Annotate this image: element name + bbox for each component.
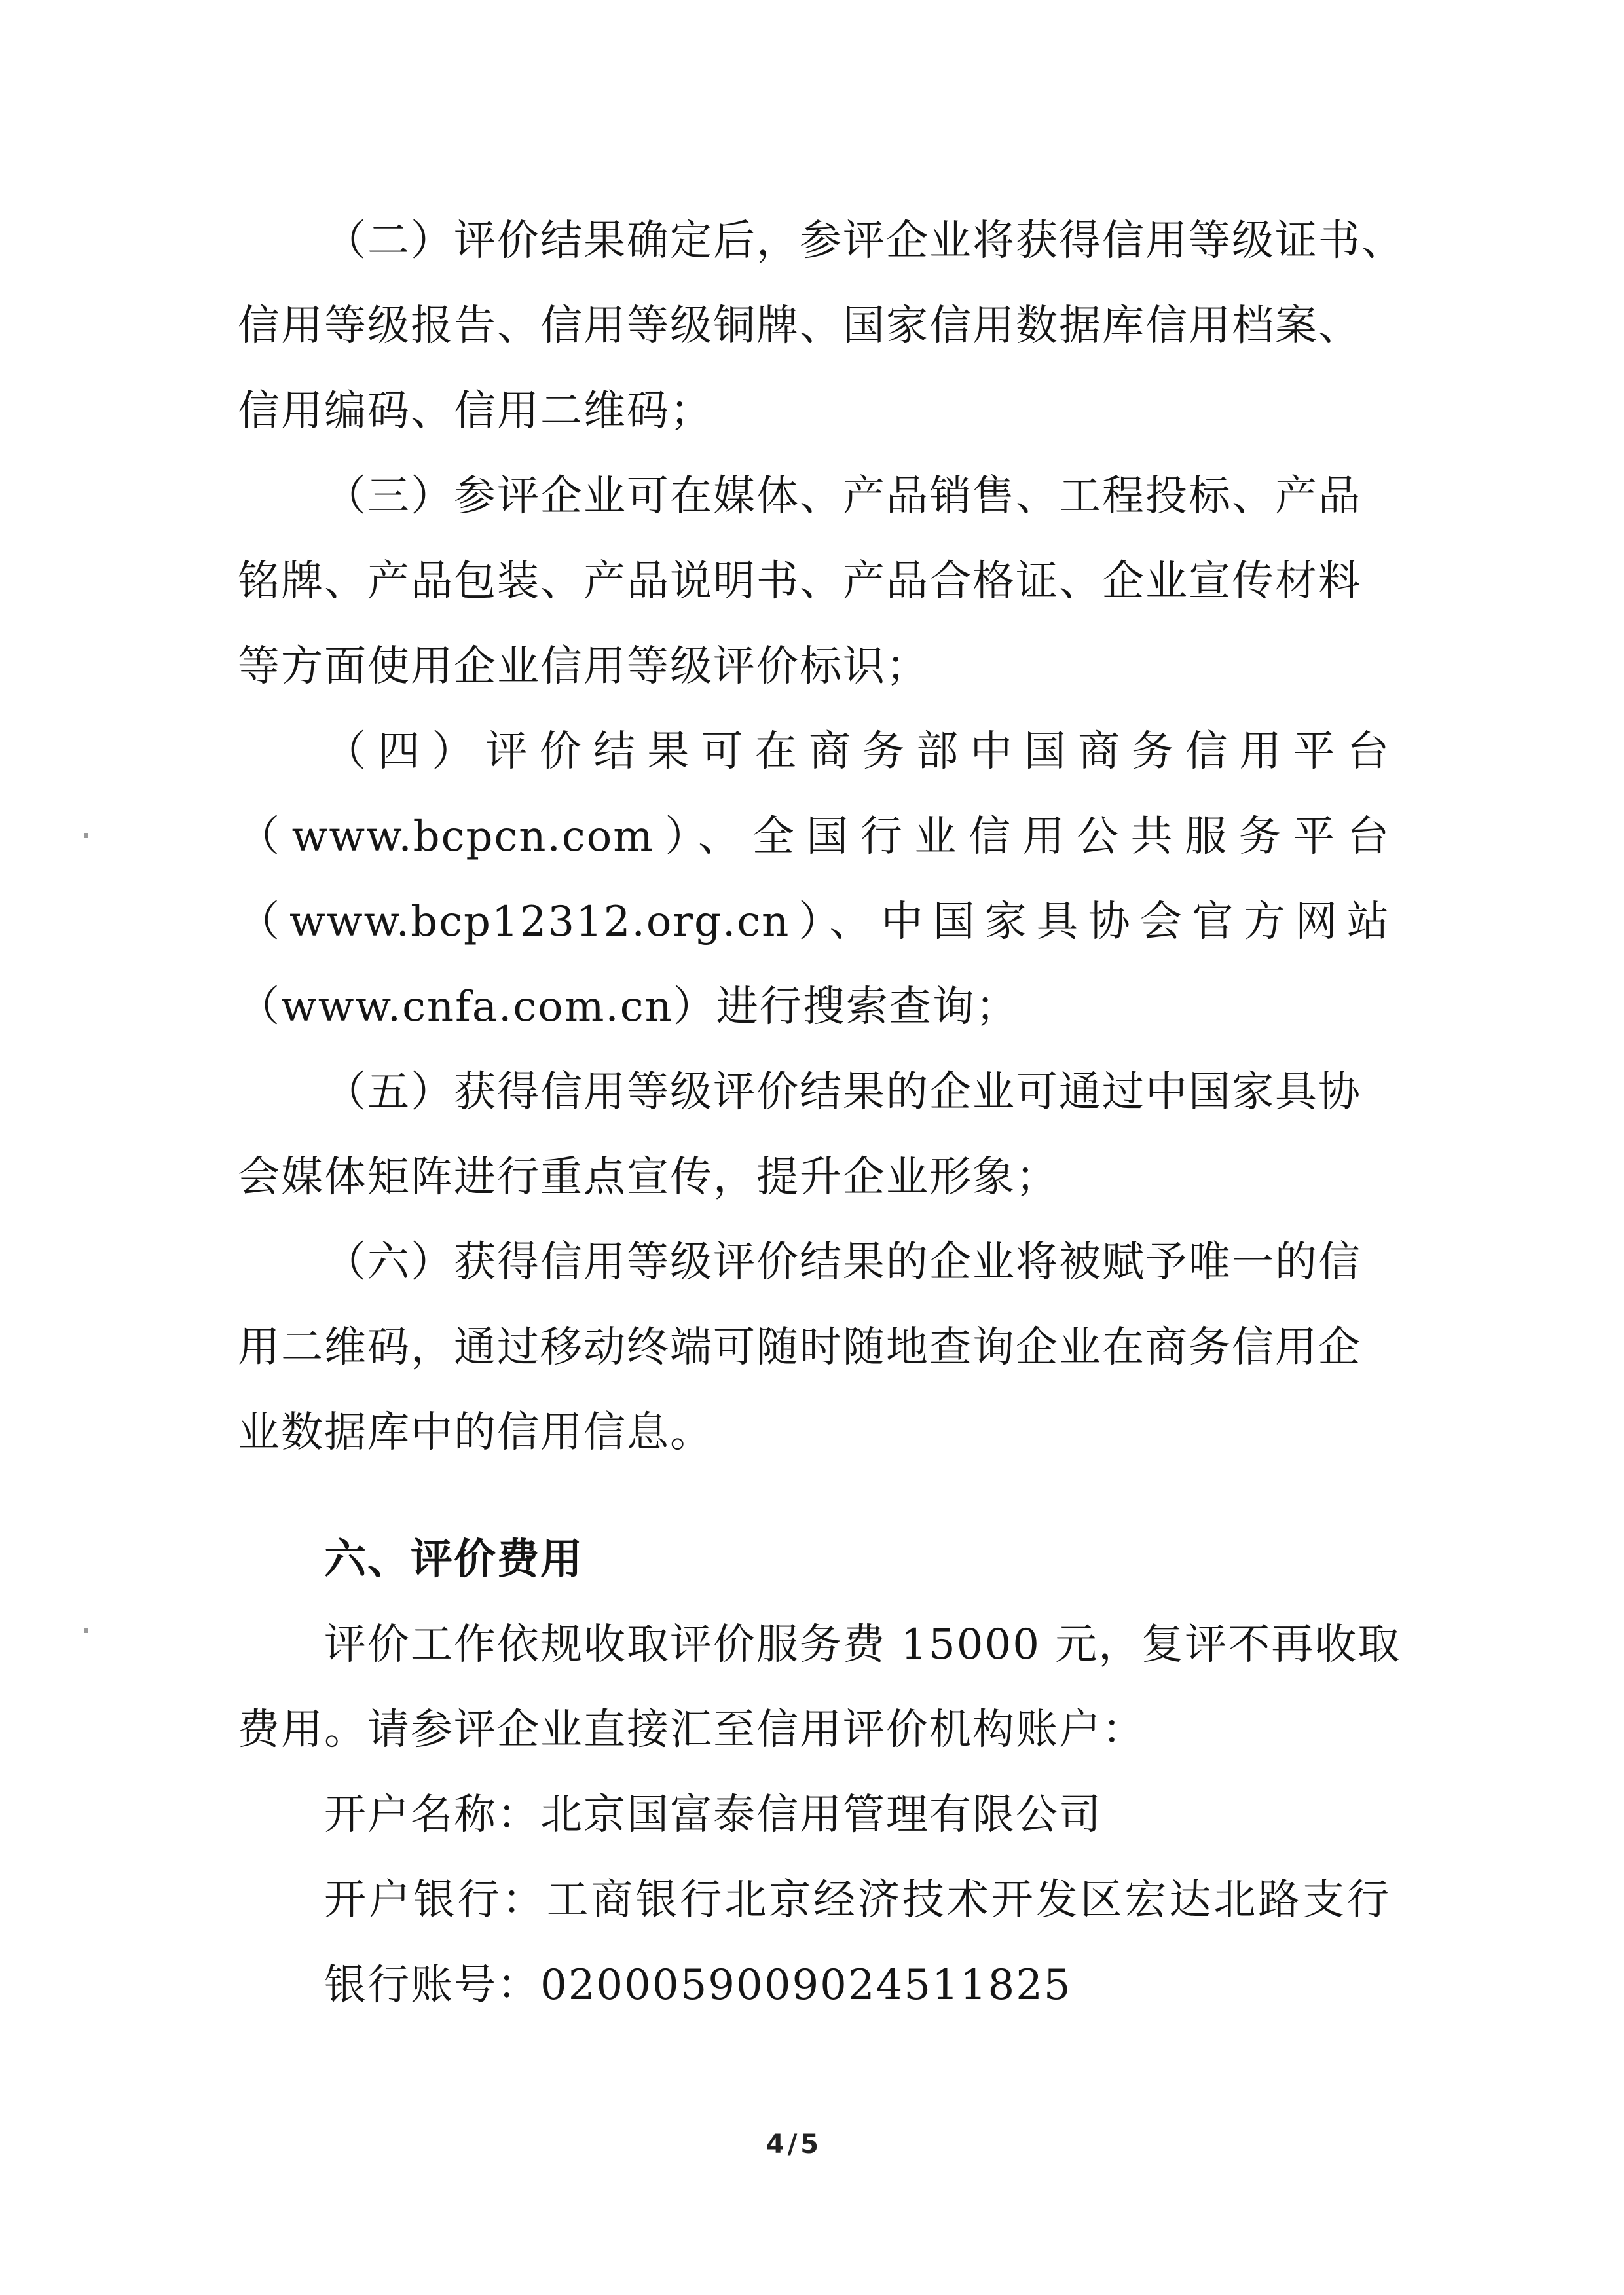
para-4-line-4-url-cnfa: （www.cnfa.com.cn）进行搜索查询； xyxy=(238,964,1390,1050)
para-4-line-2-url-bcpcn: （www.bcpcn.com）、全国行业信用公共服务平台 xyxy=(238,794,1390,879)
para-2-line-3: 信用编码、信用二维码； xyxy=(238,369,1390,454)
para-2-line-2: 信用等级报告、信用等级铜牌、国家信用数据库信用档案、 xyxy=(238,284,1390,369)
para-3-line-3: 等方面使用企业信用等级评价标识； xyxy=(238,624,1390,709)
para-5-line-2: 会媒体矩阵进行重点宣传，提升企业形象； xyxy=(238,1135,1390,1220)
para-4-line-1: （四）评价结果可在商务部中国商务信用平台 xyxy=(238,709,1390,794)
para-2-line-1: （二）评价结果确定后，参评企业将获得信用等级证书、 xyxy=(238,198,1390,284)
para-5-line-1: （五）获得信用等级评价结果的企业可通过中国家具协 xyxy=(238,1050,1390,1135)
account-bank-line: 开户银行：工商银行北京经济技术开发区宏达北路支行 xyxy=(238,1858,1390,1943)
scan-artifact-speck xyxy=(84,1628,88,1633)
document-page: （二）评价结果确定后，参评企业将获得信用等级证书、 信用等级报告、信用等级铜牌、… xyxy=(0,0,1624,2295)
para-6-line-2: 用二维码，通过移动终端可随时随地查询企业在商务信用企 xyxy=(238,1305,1390,1390)
account-number-line: 银行账号：0200059009024511825 xyxy=(238,1943,1390,2028)
section-heading-fees: 六、评价费用 xyxy=(238,1517,1390,1602)
document-body: （二）评价结果确定后，参评企业将获得信用等级证书、 信用等级报告、信用等级铜牌、… xyxy=(238,198,1390,2028)
para-3-line-1: （三）参评企业可在媒体、产品销售、工程投标、产品 xyxy=(238,454,1390,539)
scan-artifact-speck xyxy=(84,833,88,838)
fee-line-1: 评价工作依规收取评价服务费 15000 元，复评不再收取 xyxy=(238,1602,1390,1687)
account-name-line: 开户名称：北京国富泰信用管理有限公司 xyxy=(238,1772,1390,1858)
fee-line-2: 费用。请参评企业直接汇至信用评价机构账户： xyxy=(238,1687,1390,1772)
para-6-line-1: （六）获得信用等级评价结果的企业将被赋予唯一的信 xyxy=(238,1220,1390,1305)
para-4-line-3-url-bcp12312: （www.bcp12312.org.cn）、中国家具协会官方网站 xyxy=(238,879,1390,964)
page-number: 4/5 xyxy=(0,2129,1588,2159)
para-6-line-3: 业数据库中的信用信息。 xyxy=(238,1390,1390,1475)
para-3-line-2: 铭牌、产品包装、产品说明书、产品合格证、企业宣传材料 xyxy=(238,539,1390,624)
